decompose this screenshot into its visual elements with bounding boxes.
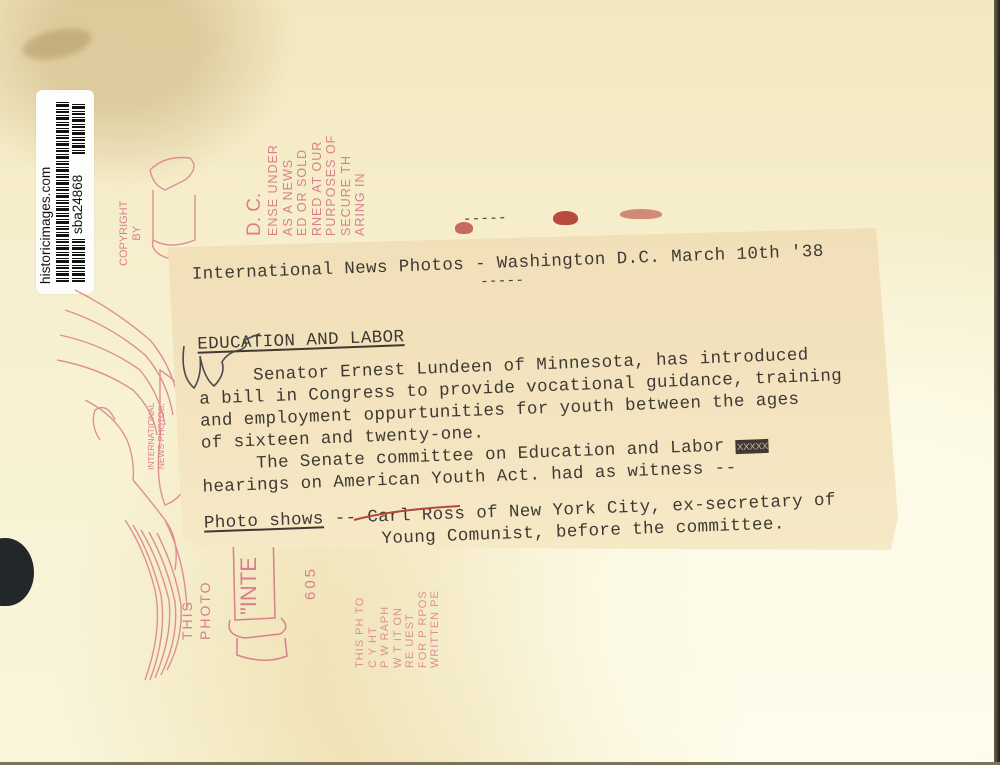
caption-text: ----- International News Photos - Washin…	[0, 0, 1000, 765]
strikeout-text: xxxxx	[735, 439, 769, 454]
pen-scribble-icon	[180, 316, 260, 396]
red-pen-underline-icon	[350, 498, 470, 528]
caption-dashes-top: -----	[463, 210, 508, 228]
caption-dashes-bottom: -----	[480, 273, 525, 291]
photo-shows-label: Photo shows	[204, 509, 325, 533]
